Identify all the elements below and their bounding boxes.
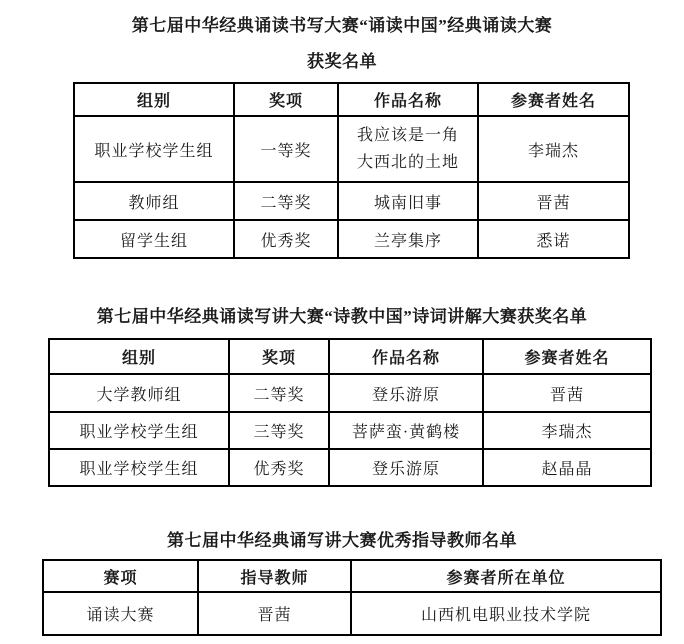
cell-group: 留学生组 [74, 220, 234, 258]
header-cell-organization: 参赛者所在单位 [351, 560, 661, 592]
section1-title-line2: 获奖名单 [0, 44, 684, 80]
section1-title-line1: 第七届中华经典诵读书写大赛“诵读中国”经典诵读大赛 [0, 8, 684, 44]
header-cell-work: 作品名称 [329, 339, 483, 374]
cell-work: 我应该是一角 大西北的土地 [338, 116, 478, 182]
header-cell-name: 参赛者姓名 [478, 83, 629, 116]
header-cell-name: 参赛者姓名 [483, 339, 651, 374]
header-cell-competition: 赛项 [43, 560, 198, 592]
cell-award: 优秀奖 [229, 449, 329, 486]
cell-group: 大学教师组 [49, 374, 229, 412]
cell-name: 李瑞杰 [483, 412, 651, 449]
table-header-row: 赛项 指导教师 参赛者所在单位 [43, 560, 661, 592]
cell-award: 二等奖 [229, 374, 329, 412]
cell-award: 二等奖 [234, 182, 338, 220]
poetry-lecture-awards-table: 组别 奖项 作品名称 参赛者姓名 大学教师组 二等奖 登乐游原 晋茜 职业学校学… [48, 338, 652, 487]
cell-group: 职业学校学生组 [74, 116, 234, 182]
header-cell-award: 奖项 [229, 339, 329, 374]
recitation-awards-table: 组别 奖项 作品名称 参赛者姓名 职业学校学生组 一等奖 我应该是一角 大西北的… [73, 82, 630, 259]
header-cell-group: 组别 [49, 339, 229, 374]
header-cell-group: 组别 [74, 83, 234, 116]
cell-work: 菩萨蛮·黄鹤楼 [329, 412, 483, 449]
header-cell-work: 作品名称 [338, 83, 478, 116]
table-row: 教师组 二等奖 城南旧事 晋茜 [74, 182, 629, 220]
section2-title: 第七届中华经典诵读写讲大赛“诗教中国”诗词讲解大赛获奖名单 [0, 299, 684, 335]
cell-work: 兰亭集序 [338, 220, 478, 258]
cell-work: 城南旧事 [338, 182, 478, 220]
table-header-row: 组别 奖项 作品名称 参赛者姓名 [74, 83, 629, 116]
cell-name: 李瑞杰 [478, 116, 629, 182]
header-cell-award: 奖项 [234, 83, 338, 116]
cell-work: 登乐游原 [329, 449, 483, 486]
cell-group: 职业学校学生组 [49, 412, 229, 449]
cell-award: 一等奖 [234, 116, 338, 182]
document-page: 第七届中华经典诵读书写大赛“诵读中国”经典诵读大赛 获奖名单 组别 奖项 作品名… [0, 0, 684, 644]
cell-name: 悉诺 [478, 220, 629, 258]
cell-award: 优秀奖 [234, 220, 338, 258]
cell-award: 三等奖 [229, 412, 329, 449]
table-row: 职业学校学生组 三等奖 菩萨蛮·黄鹤楼 李瑞杰 [49, 412, 651, 449]
cell-instructor: 晋茜 [198, 592, 351, 635]
outstanding-instructors-table: 赛项 指导教师 参赛者所在单位 诵读大赛 晋茜 山西机电职业技术学院 [42, 559, 662, 636]
cell-group: 教师组 [74, 182, 234, 220]
cell-work: 登乐游原 [329, 374, 483, 412]
table-row: 大学教师组 二等奖 登乐游原 晋茜 [49, 374, 651, 412]
table-row: 诵读大赛 晋茜 山西机电职业技术学院 [43, 592, 661, 635]
cell-name: 晋茜 [478, 182, 629, 220]
section3-title: 第七届中华经典诵写讲大赛优秀指导教师名单 [0, 523, 684, 559]
cell-name: 晋茜 [483, 374, 651, 412]
table-row: 职业学校学生组 一等奖 我应该是一角 大西北的土地 李瑞杰 [74, 116, 629, 182]
section1-title: 第七届中华经典诵读书写大赛“诵读中国”经典诵读大赛 获奖名单 [0, 0, 684, 80]
cell-group: 职业学校学生组 [49, 449, 229, 486]
cell-name: 赵晶晶 [483, 449, 651, 486]
table-row: 留学生组 优秀奖 兰亭集序 悉诺 [74, 220, 629, 258]
table-row: 职业学校学生组 优秀奖 登乐游原 赵晶晶 [49, 449, 651, 486]
cell-organization: 山西机电职业技术学院 [351, 592, 661, 635]
header-cell-instructor: 指导教师 [198, 560, 351, 592]
table-header-row: 组别 奖项 作品名称 参赛者姓名 [49, 339, 651, 374]
cell-competition: 诵读大赛 [43, 592, 198, 635]
